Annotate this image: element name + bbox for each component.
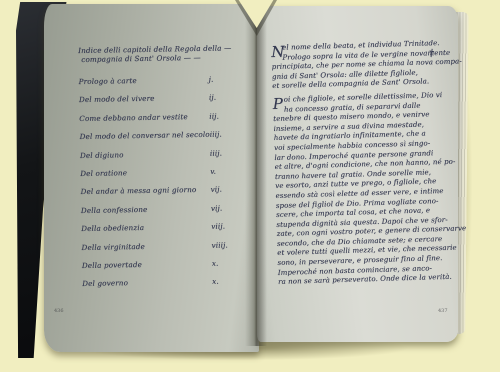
- index-entry-label: Del andar à messa ogni giorno: [80, 185, 196, 196]
- index-entry-folio: iij.: [209, 111, 243, 121]
- index-entry-folio: x.: [212, 258, 246, 268]
- index-entry-label: Del modo del conversar nel secolo: [80, 130, 210, 141]
- index-list: Indice delli capitoli della Regola della…: [78, 43, 246, 298]
- index-entry-label: Prologo à carte: [79, 76, 137, 86]
- index-entry-folio: ij.: [209, 93, 243, 103]
- index-entry-label: Del modo del vivere: [79, 94, 155, 104]
- index-rows: Prologo à carte j. Del modo del vivere i…: [79, 74, 247, 298]
- index-entry-folio: iiij.: [210, 129, 244, 139]
- index-entry-label: Della povertade: [82, 260, 142, 270]
- index-entry-folio: j.: [209, 74, 243, 84]
- index-entry-folio: viij.: [211, 221, 245, 231]
- index-entry-folio: iiij.: [210, 148, 244, 158]
- book-photo: Indice delli capitoli della Regola della…: [0, 0, 500, 372]
- index-entry-label: Come debbano andar vestite: [79, 112, 188, 123]
- gutter-shadow: [245, 4, 267, 346]
- drop-cap-initial: N: [271, 44, 281, 60]
- index-entry: Del governo x.: [82, 276, 246, 297]
- index-entry-folio: vij.: [211, 203, 245, 213]
- index-header: Indice delli capitoli della Regola della…: [78, 43, 242, 64]
- index-entry-label: Della virginitade: [81, 241, 145, 251]
- index-title-line2: compagnia di Sant' Orsola — —: [78, 52, 242, 64]
- paragraph-main: P oi che figliole, et sorelle dilettissi…: [273, 91, 456, 288]
- index-entry-label: Del oratione: [80, 168, 127, 178]
- paragraph-prologue: N el nome della beata, et individua Trin…: [271, 39, 449, 92]
- manuscript-text: N el nome della beata, et individua Trin…: [271, 39, 455, 292]
- index-entry-folio: vij.: [210, 184, 244, 194]
- index-entry-folio: x.: [212, 276, 246, 286]
- index-entry-label: Del digiuno: [80, 150, 124, 160]
- index-entry-label: Della obedienzia: [81, 223, 144, 233]
- index-entry-label: Del governo: [82, 278, 128, 288]
- index-entry-folio: v.: [210, 166, 244, 176]
- folio-number-right: 437: [438, 308, 448, 314]
- folio-number-left: 436: [54, 308, 64, 314]
- drop-cap-initial: P: [273, 96, 283, 112]
- index-entry-folio: viiij.: [211, 240, 245, 250]
- index-entry-label: Della confessione: [81, 205, 148, 215]
